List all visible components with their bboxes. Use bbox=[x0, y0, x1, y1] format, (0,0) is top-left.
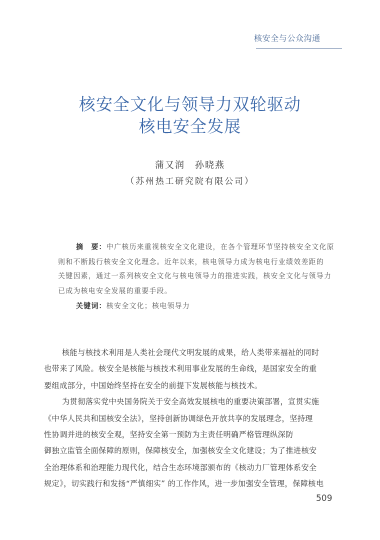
body-line: 核能与核技术利用是人类社会现代文明发展的成果，给人类带来福祉的同时 bbox=[44, 345, 336, 361]
body-line: 全治理体系和治理能力现代化，结合生态环境部颁布的《核动力厂管理体系安全 bbox=[44, 460, 336, 476]
abstract-line: 则和不断践行核安全文化理念。近年以来，核电领导力成为核电行业绩效差距的 bbox=[58, 255, 324, 270]
authors: 蒲又润 孙晓燕 bbox=[0, 158, 380, 171]
article-title-line-1: 核安全文化与领导力双轮驱动 bbox=[0, 94, 380, 115]
abstract-line: 已成为核电安全发展的重要手段。 bbox=[58, 284, 324, 299]
running-head: 核安全与公众沟通 bbox=[254, 33, 344, 44]
body-line: 《中华人民共和国核安全法》，坚持创新协调绿色开放共享的发展理念，坚持理 bbox=[44, 411, 336, 427]
keywords-value: 核安全文化；核电领导力 bbox=[106, 302, 190, 310]
affiliation: （苏州热工研究院有限公司） bbox=[0, 175, 380, 187]
body-line: 为贯彻落实党中央国务院关于安全高效发展核电的重要决策部署，宣贯实施 bbox=[44, 394, 336, 410]
body-line: 御独立监管全面保障的原则，保障核安全，加强核安全文化建设；为了推进核安 bbox=[44, 443, 336, 459]
body-line: 性协调并进的核安全观，坚持安全第一预防为主责任明确严格管理纵深防 bbox=[44, 427, 336, 443]
keywords-label: 关键词： bbox=[76, 302, 106, 310]
abstract-line: 摘 要：中广核历来重视核安全文化建设，在各个管理环节坚持核安全文化原 bbox=[58, 240, 324, 255]
abstract-label: 摘 要： bbox=[76, 243, 106, 251]
body-line: 也带来了风险。核安全是核能与核技术利用事业发展的生命线，是国家安全的重 bbox=[44, 361, 336, 377]
body-line: 要组成部分，中国始终坚持在安全的前提下发展核能与核技术。 bbox=[44, 378, 336, 394]
abstract-text: 中广核历来重视核安全文化建设，在各个管理环节坚持核安全文化原 bbox=[106, 243, 334, 251]
running-head-divider bbox=[256, 48, 342, 49]
abstract-line: 关键因素，通过一系列核安全文化与核电领导力的推进实践，核安全文化与领导力 bbox=[58, 269, 324, 284]
body-text: 核能与核技术利用是人类社会现代文明发展的成果，给人类带来福祉的同时 也带来了风险… bbox=[44, 345, 336, 493]
body-line: 规定》，切实践行和发扬“严慎细实” 的工作作风，进一步加强安全管理，保障核电 bbox=[44, 476, 336, 492]
keywords: 关键词：核安全文化；核电领导力 bbox=[76, 301, 190, 311]
abstract: 摘 要：中广核历来重视核安全文化建设，在各个管理环节坚持核安全文化原 则和不断践… bbox=[58, 240, 324, 298]
page-number: 509 bbox=[316, 494, 332, 504]
article-title-line-2: 核电安全发展 bbox=[0, 116, 380, 137]
